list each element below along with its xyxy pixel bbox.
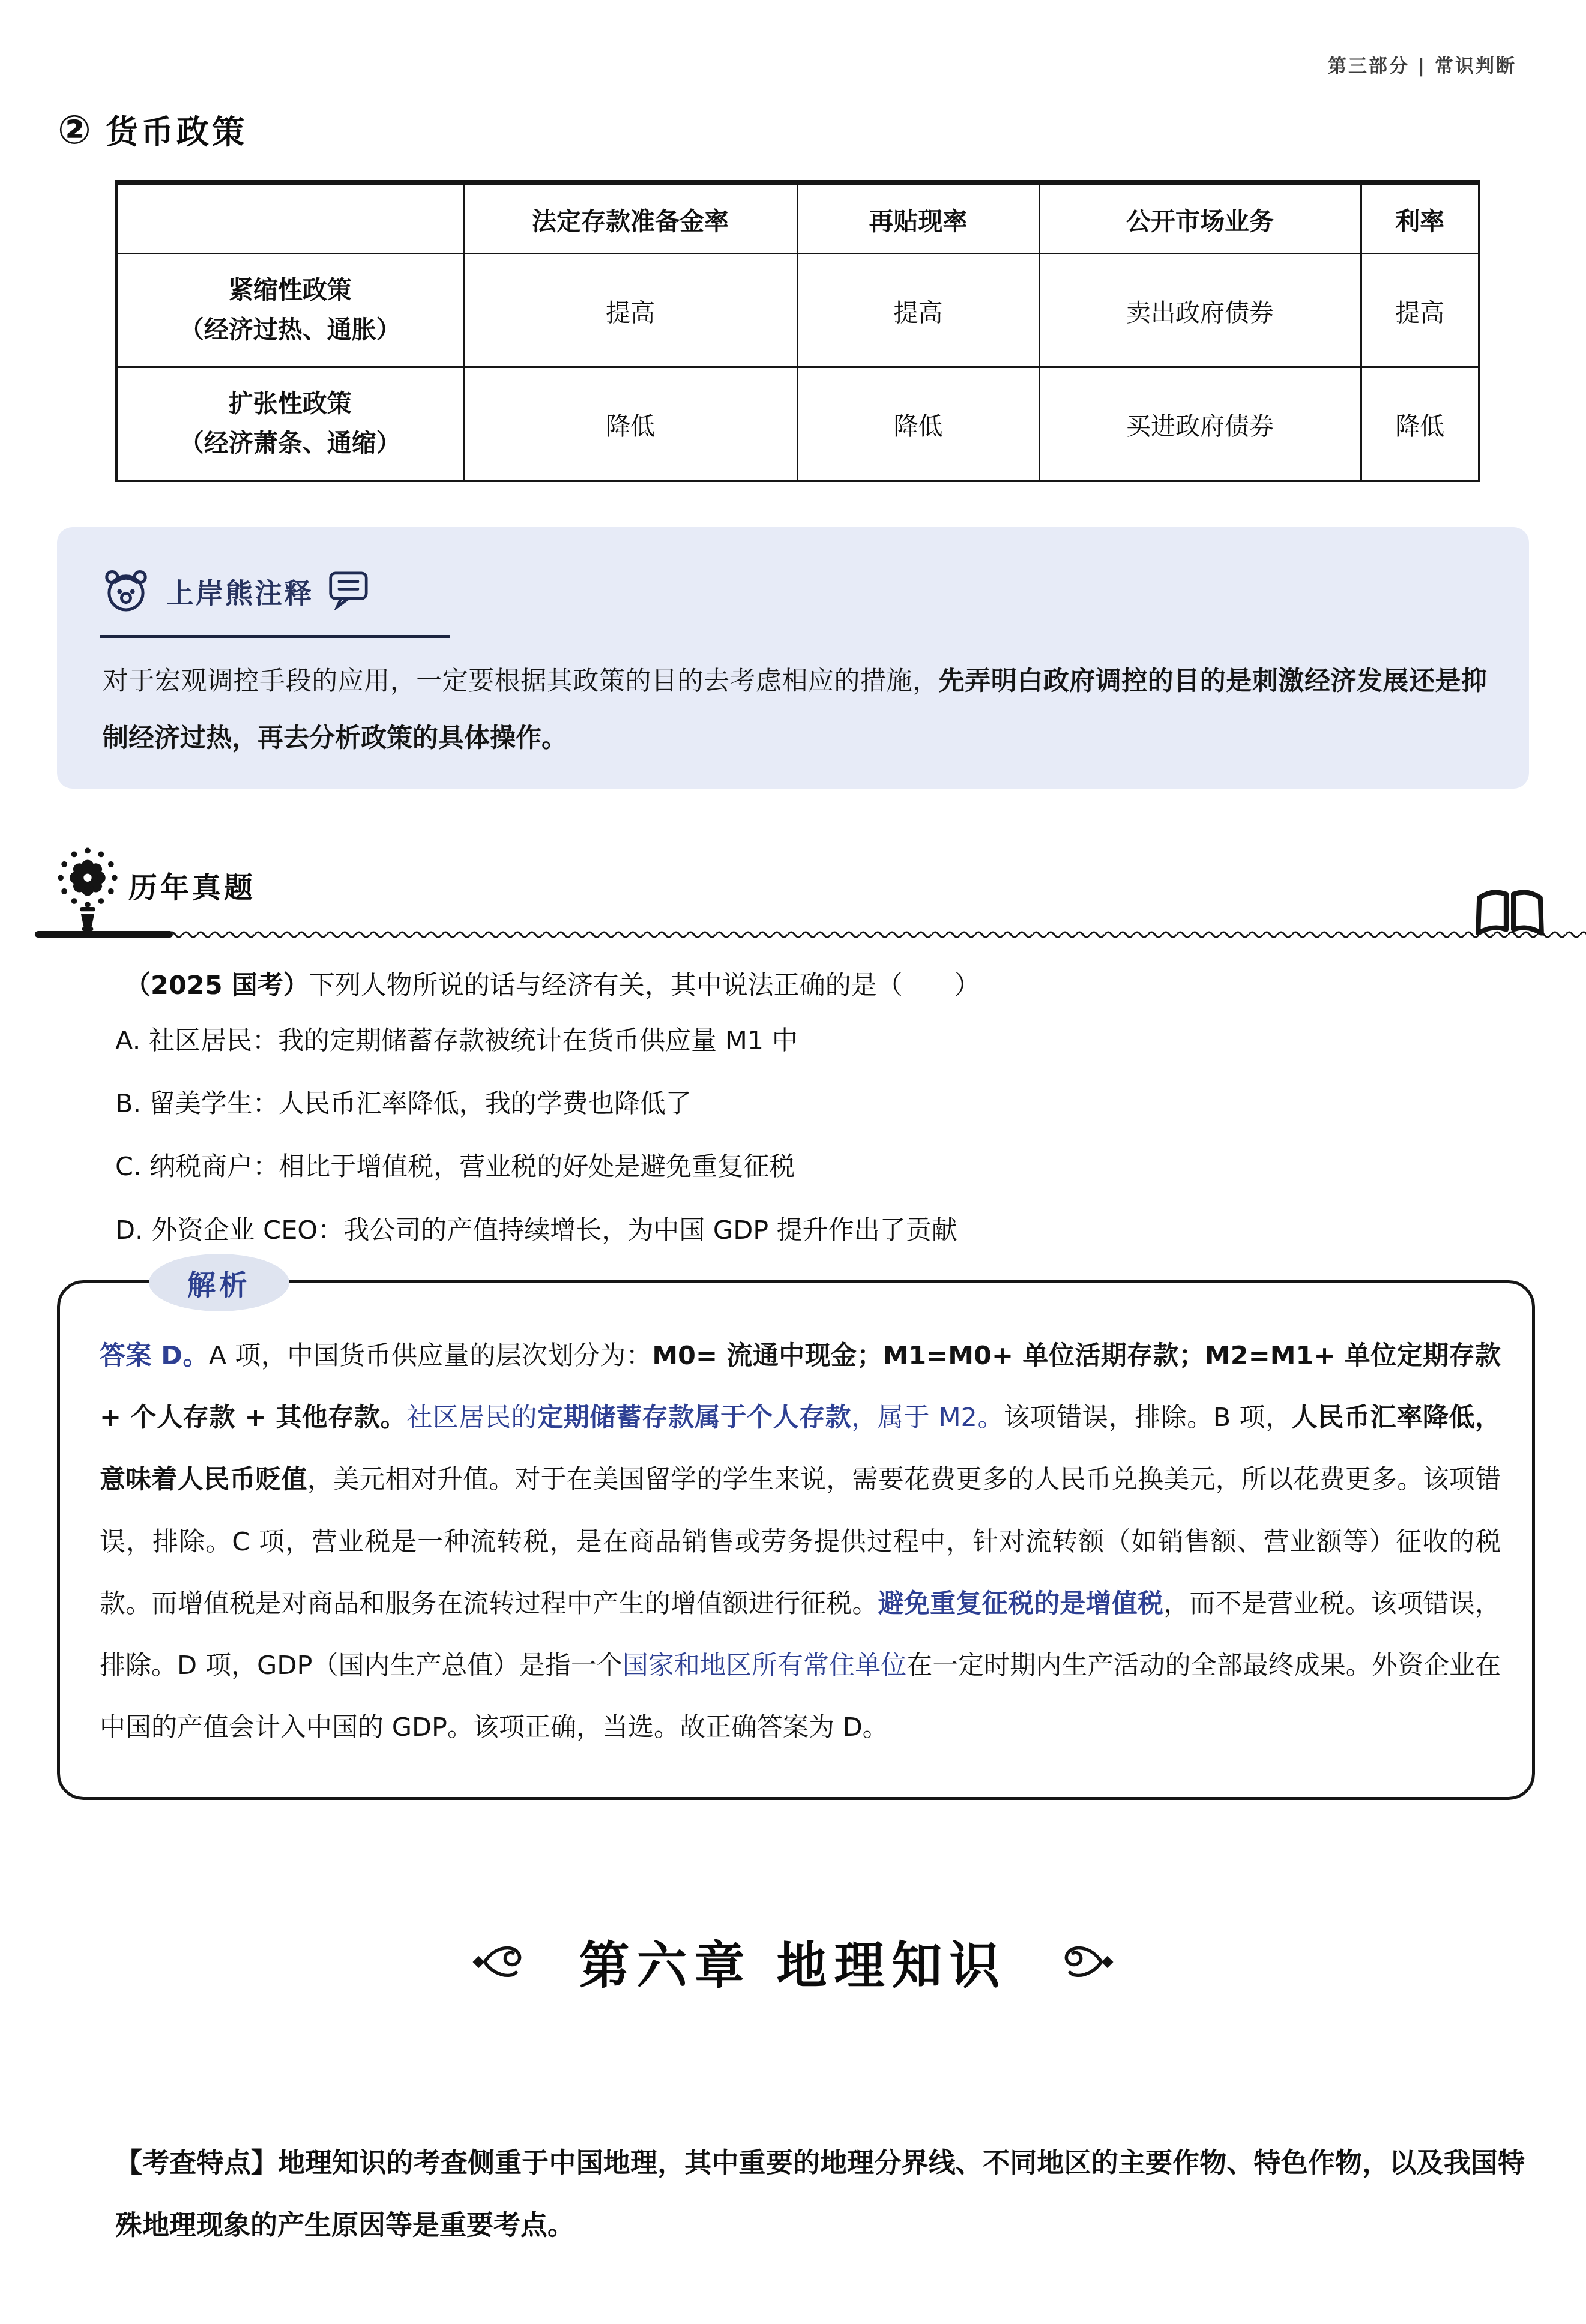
feature-text: 地理知识的考查侧重于中国地理，其中重要的地理分界线、不同地区的主要作物、特色作物…	[115, 2147, 1525, 2241]
analysis-segment: A 项，中国货币供应量的层次划分为：	[209, 1341, 652, 1371]
note-header: 上岸熊注释	[100, 564, 371, 618]
row-label-tight-policy: 紧缩性政策 （经济过热、通胀）	[116, 254, 463, 367]
question-text: 下列人物所说的话与经济有关，其中说法正确的是（ ）	[309, 971, 980, 1001]
table-header-cell	[116, 183, 463, 254]
option-b: B. 留美学生：人民币汇率降低，我的学费也降低了	[115, 1086, 1508, 1122]
analysis-segment: 定期储蓄存款属于个人存款	[537, 1403, 851, 1433]
row-label-expansionary-policy: 扩张性政策 （经济萧条、通缩）	[116, 367, 463, 481]
exam-feature-note: 【考查特点】地理知识的考查侧重于中国地理，其中重要的地理分界线、不同地区的主要作…	[115, 2132, 1525, 2256]
analysis-box: 解析 答案 D。A 项，中国货币供应量的层次划分为：M0= 流通中现金；M1=M…	[57, 1280, 1535, 1800]
exam-section-title: 历年真题	[128, 864, 256, 906]
row-label-line: （经济萧条、通缩）	[179, 429, 401, 457]
note-title: 上岸熊注释	[166, 571, 313, 611]
running-header: 第三部分 | 常识判断	[1328, 50, 1516, 77]
open-book-icon	[1471, 881, 1549, 944]
row-label-line: 扩张性政策	[229, 389, 352, 418]
table-header-cell: 公开市场业务	[1039, 183, 1361, 254]
section-heading: ② 货币政策	[58, 107, 247, 153]
table-header-row: 法定存款准备金率 再贴现率 公开市场业务 利率	[116, 183, 1479, 254]
note-title-underline	[100, 635, 450, 638]
table-cell: 提高	[1361, 254, 1479, 367]
exam-question: （2025 国考）下列人物所说的话与经济有关，其中说法正确的是（ ）	[125, 966, 1488, 1005]
book-page: 第三部分 | 常识判断 ② 货币政策 法定存款准备金率 再贴现率 公开市场业务 …	[0, 0, 1586, 2324]
analysis-segment: ，属于 M2。	[851, 1403, 1004, 1433]
analysis-segment: 国家和地区所有常住单位	[623, 1651, 906, 1681]
option-a: A. 社区居民：我的定期储蓄存款被统计在货币供应量 M1 中	[115, 1023, 1508, 1059]
analysis-segment: 社区居民的	[406, 1403, 537, 1433]
table-header-cell: 法定存款准备金率	[463, 183, 797, 254]
table-cell: 提高	[797, 254, 1039, 367]
fleuron-right-icon	[1051, 1937, 1118, 1987]
analysis-segment: 答案 D。	[100, 1341, 209, 1371]
table-header-cell: 利率	[1361, 183, 1479, 254]
table-cell: 卖出政府债券	[1039, 254, 1361, 367]
lightbulb-gear-icon	[52, 846, 124, 932]
annotation-note-box: 上岸熊注释 对于宏观调控手段的应用，一定要根据其政策的目的去考虑相应的措施，先弄…	[57, 527, 1529, 789]
table-cell: 降低	[463, 367, 797, 481]
table-cell: 提高	[463, 254, 797, 367]
table-cell: 降低	[1361, 367, 1479, 481]
row-label-line: 紧缩性政策	[229, 275, 352, 304]
option-c: C. 纳税商户：相比于增值税，营业税的好处是避免重复征税	[115, 1149, 1508, 1185]
analysis-badge: 解析	[149, 1254, 289, 1311]
speech-bubble-icon	[328, 570, 371, 612]
question-source-tag: （2025 国考）	[125, 971, 309, 1001]
chapter-heading: 第六章 地理知识	[0, 1925, 1586, 1998]
option-list: A. 社区居民：我的定期储蓄存款被统计在货币供应量 M1 中 B. 留美学生：人…	[115, 1023, 1508, 1248]
exam-divider	[35, 929, 1549, 940]
table-row: 紧缩性政策 （经济过热、通胀） 提高 提高 卖出政府债券 提高	[116, 254, 1479, 367]
option-d: D. 外资企业 CEO：我公司的产值持续增长，为中国 GDP 提升作出了贡献	[115, 1212, 1508, 1248]
table-header-cell: 再贴现率	[797, 183, 1039, 254]
analysis-text: 答案 D。A 项，中国货币供应量的层次划分为：M0= 流通中现金；M1=M0+ …	[100, 1325, 1501, 1759]
table-cell: 买进政府债券	[1039, 367, 1361, 481]
note-segment: 对于宏观调控手段的应用，一定要根据其政策的目的去考虑相应的措施，	[103, 666, 939, 696]
analysis-segment: 避免重复征税的是增值税	[878, 1589, 1164, 1619]
row-label-line: （经济过热、通胀）	[179, 315, 401, 344]
fleuron-left-icon	[468, 1937, 535, 1987]
table-cell: 降低	[797, 367, 1039, 481]
bear-icon	[100, 564, 152, 618]
table-row: 扩张性政策 （经济萧条、通缩） 降低 降低 买进政府债券 降低	[116, 367, 1479, 481]
chapter-title: 第六章 地理知识	[579, 1925, 1007, 1998]
feature-prefix: 【考查特点】	[115, 2147, 278, 2179]
wavy-line	[168, 929, 1586, 940]
section-title: 货币政策	[106, 107, 247, 153]
monetary-policy-table: 法定存款准备金率 再贴现率 公开市场业务 利率 紧缩性政策 （经济过热、通胀） …	[115, 180, 1480, 482]
section-number-badge: ②	[58, 110, 91, 150]
analysis-segment: 该项错误，排除。B 项，	[1004, 1403, 1292, 1433]
divider-bar	[35, 931, 173, 938]
note-text: 对于宏观调控手段的应用，一定要根据其政策的目的去考虑相应的措施，先弄明白政府调控…	[103, 653, 1487, 766]
